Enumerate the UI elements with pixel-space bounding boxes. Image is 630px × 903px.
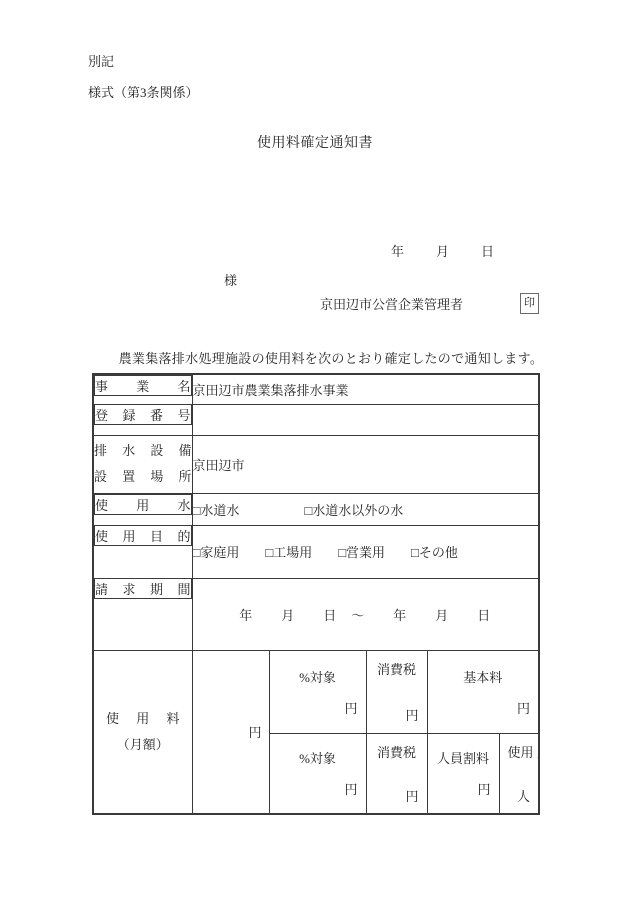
fee-taxable-unit-1: 円 xyxy=(278,698,358,717)
table-row: 請求期間 年 月 日 ～ 年 月 日 xyxy=(93,578,539,650)
fee-basic-unit: 円 xyxy=(436,698,531,717)
water-used-options: □水道水 □水道水以外の水 xyxy=(192,493,539,525)
purpose-label: 使用目的 xyxy=(94,525,192,546)
fee-label-line2: （月額） xyxy=(106,732,180,758)
registration-no-value xyxy=(192,404,539,435)
fee-taxable-cell-1: %対象 円 xyxy=(269,650,366,733)
fee-taxable-label-2: %対象 xyxy=(278,748,358,767)
fee-label-line1: 使用料 xyxy=(106,706,180,732)
fee-tax-label-2: 消費税 xyxy=(375,742,419,761)
fee-users-unit: 人 xyxy=(508,786,531,805)
addressee-honorific: 様 xyxy=(224,270,237,289)
installation-place-label-line2: 設置場所 xyxy=(94,464,192,490)
table-row: 使用目的 □家庭用 □工場用 □営業用 □その他 xyxy=(93,525,539,578)
installation-place-value: 京田辺市 xyxy=(192,435,539,493)
table-row: 事業名 京田辺市農業集落排水事業 xyxy=(93,374,539,404)
fee-tax-label-1: 消費税 xyxy=(375,659,419,678)
fee-form-table: 事業名 京田辺市農業集落排水事業 登録番号 排水設備 設置場所 京田辺市 使用水… xyxy=(92,373,540,815)
table-row: 登録番号 xyxy=(93,404,539,435)
date-line: 年 月 日 xyxy=(391,241,496,260)
purpose-options: □家庭用 □工場用 □営業用 □その他 xyxy=(192,525,539,578)
fee-per-person-unit: 円 xyxy=(436,779,491,798)
table-row: 使用料 （月額） 円 %対象 円 消費税 円 xyxy=(93,650,539,733)
fee-total-unit: 円 xyxy=(248,722,261,741)
billing-period-value: 年 月 日 ～ 年 月 日 xyxy=(192,578,539,650)
fee-taxable-label-1: %対象 xyxy=(278,667,358,686)
document-page: 別記 様式（第3条関係） 使用料確定通知書 年 月 日 様 京田辺市公営企業管理… xyxy=(0,0,630,903)
form-ref-label: 様式（第3条関係） xyxy=(88,82,199,101)
page-title: 使用料確定通知書 xyxy=(0,132,630,152)
fee-users-cell: 使用 人数 人 xyxy=(499,733,539,814)
fee-tax-cell-1: 消費税 円 xyxy=(366,650,427,733)
fee-taxable-unit-2: 円 xyxy=(278,779,358,798)
fee-basic-cell: 基本料 円 xyxy=(427,650,539,733)
fee-per-person-cell: 人員割料 円 xyxy=(427,733,499,814)
installation-place-label-line1: 排水設備 xyxy=(94,438,192,464)
seal-label: 印 xyxy=(524,298,535,309)
seal-box: 印 xyxy=(520,293,539,314)
fee-label-cell: 使用料 （月額） xyxy=(93,650,192,814)
fee-users-label-line1: 使用 xyxy=(508,745,534,760)
intro-text: 農業集落排水処理施設の使用料を次のとおり確定したので通知します。 xyxy=(92,348,543,367)
fee-basic-label: 基本料 xyxy=(436,667,531,686)
business-name-value: 京田辺市農業集落排水事業 xyxy=(192,374,539,404)
fee-tax-cell-2: 消費税 円 xyxy=(366,733,427,814)
fee-tax-unit-1: 円 xyxy=(375,705,419,724)
issuer-name: 京田辺市公営企業管理者 xyxy=(320,294,463,313)
fee-total-cell: 円 xyxy=(192,650,269,814)
fee-per-person-label: 人員割料 xyxy=(436,748,491,767)
table-row: 使用水 □水道水 □水道水以外の水 xyxy=(93,493,539,525)
fee-taxable-cell-2: %対象 円 xyxy=(269,733,366,814)
installation-place-label: 排水設備 設置場所 xyxy=(93,435,192,493)
fee-users-label-line2: 人数 xyxy=(537,745,539,760)
business-name-label: 事業名 xyxy=(94,375,192,396)
registration-no-label: 登録番号 xyxy=(94,404,192,425)
water-used-label: 使用水 xyxy=(94,494,192,515)
table-row: 排水設備 設置場所 京田辺市 xyxy=(93,435,539,493)
billing-period-label: 請求期間 xyxy=(94,578,192,599)
bekki-label: 別記 xyxy=(88,51,114,70)
fee-tax-unit-2: 円 xyxy=(375,786,419,805)
